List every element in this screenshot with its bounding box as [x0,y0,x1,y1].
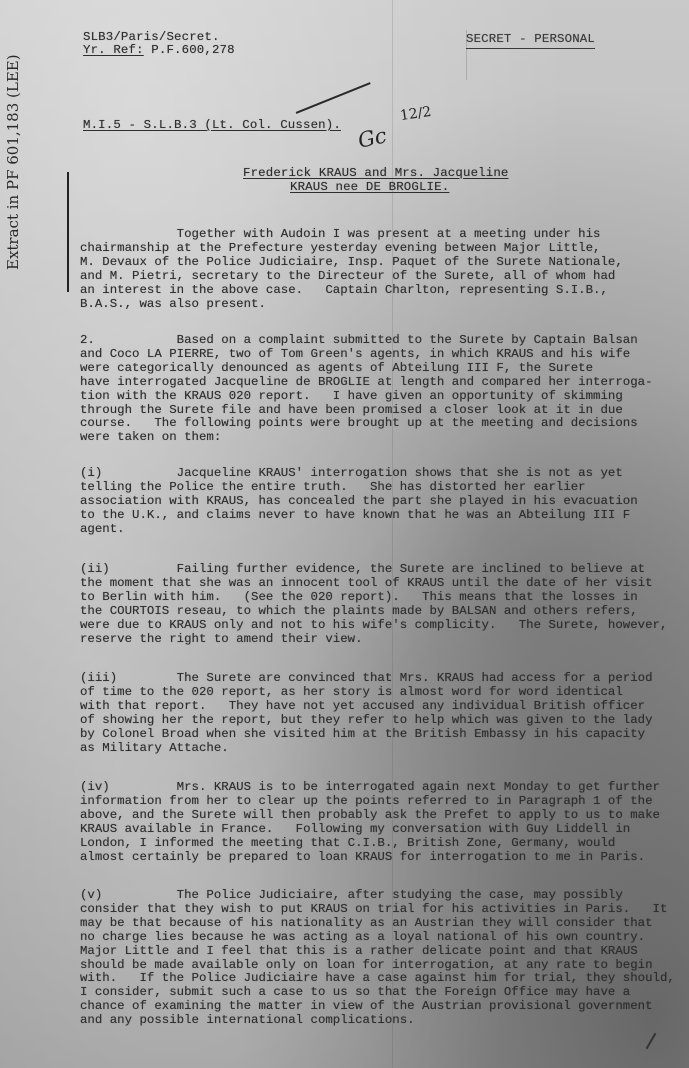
text-line: B.A.S., was also present. [80,298,623,312]
subject-line-1: Frederick KRAUS and Mrs. Jacqueline [243,167,509,180]
text-line: were due to KRAUS only and not to his wi… [80,619,667,633]
paragraph-i: (i) Jacqueline KRAUS' interrogation show… [80,467,638,537]
text-line: tion with the KRAUS 020 report. I have g… [80,390,653,404]
text-line: chance of examining the matter in view o… [80,1000,675,1014]
paragraph-intro: Together with Audoin I was present at a … [80,228,623,311]
text-line: Together with Audoin I was present at a … [80,228,623,242]
text-line: by Colonel Broad when she visited him at… [80,728,653,742]
classification-stamp: SECRET - PERSONAL [466,33,595,49]
paragraph-iii: (iii) The Surete are convinced that Mrs.… [80,672,653,755]
text-line: no charge lies because he was acting as … [80,931,675,945]
text-line: KRAUS available in France. Following my … [80,823,660,837]
text-line: and any possible international complicat… [80,1014,675,1028]
text-line: M. Devaux of the Police Judiciaire, Insp… [80,256,623,270]
margin-line [67,172,69,292]
text-line: as Military Attache. [80,742,653,756]
text-line: (ii) Failing further evidence, the Suret… [80,563,667,577]
text-line: agent. [80,523,638,537]
text-line: London, I informed the meeting that C.I.… [80,837,660,851]
text-line: and Coco LA PIERRE, two of Tom Green's a… [80,348,653,362]
text-line: almost certainly be prepared to loan KRA… [80,851,660,865]
text-line: chairmanship at the Prefecture yesterday… [80,242,623,256]
your-reference-value: P.F.600,278 [144,43,235,57]
text-line: may be that because of his nationality a… [80,917,675,931]
text-line: to Berlin with him. (See the 020 report)… [80,591,667,605]
text-line: should be made available only on loan fo… [80,959,675,973]
your-reference: Yr. Ref: P.F.600,278 [83,44,235,57]
your-reference-label: Yr. Ref: [83,43,144,57]
text-line: with that report. They have not yet accu… [80,700,653,714]
text-line: telling the Police the entire truth. She… [80,481,638,495]
text-line: have interrogated Jacqueline de BROGLIE … [80,376,653,390]
text-line: Major Little and I feel that this is a r… [80,945,675,959]
text-line: were taken on them: [80,431,653,445]
margin-annotation: Extract in PF 601,183 (LEE) [4,54,22,270]
text-line: above, and the Surete will then probably… [80,809,660,823]
text-line: the moment that she was an innocent tool… [80,577,667,591]
addressee-line: M.I.5 - S.L.B.3 (Lt. Col. Cussen). [83,119,341,132]
text-line: information from her to clear up the poi… [80,795,660,809]
paragraph-v: (v) The Police Judiciaire, after studyin… [80,889,675,1028]
text-line: to the U.K., and claims never to have kn… [80,509,638,523]
paragraph-ii: (ii) Failing further evidence, the Suret… [80,563,667,646]
text-line: (iv) Mrs. KRAUS is to be interrogated ag… [80,781,660,795]
document-page: SLB3/Paris/Secret. Yr. Ref: P.F.600,278 … [0,0,689,1068]
text-line: through the Surete file and have been pr… [80,404,653,418]
text-line: (i) Jacqueline KRAUS' interrogation show… [80,467,638,481]
paragraph-2: 2. Based on a complaint submitted to the… [80,334,653,445]
paragraph-iv: (iv) Mrs. KRAUS is to be interrogated ag… [80,781,660,864]
text-line: association with KRAUS, has concealed th… [80,495,638,509]
handwritten-initials: Gc [356,123,389,152]
text-line: (v) The Police Judiciaire, after studyin… [80,889,675,903]
text-line: the COURTOIS reseau, to which the plaint… [80,605,667,619]
handwritten-strike [296,82,371,113]
text-line: course. The following points were brough… [80,417,653,431]
handwritten-fraction: 12/2 [399,106,432,122]
handwritten-tick [646,1033,657,1050]
text-line: of showing her the report, but they refe… [80,714,653,728]
text-line: were categorically denounced as agents o… [80,362,653,376]
text-line: of time to the 020 report, as her story … [80,686,653,700]
text-line: with. If the Police Judiciaire have a ca… [80,972,675,986]
text-line: (iii) The Surete are convinced that Mrs.… [80,672,653,686]
text-line: and M. Pietri, secretary to the Directeu… [80,270,623,284]
text-line: I consider, submit such a case to us so … [80,986,675,1000]
subject-line-2: KRAUS nee DE BROGLIE. [290,181,449,194]
text-line: consider that they wish to put KRAUS on … [80,903,675,917]
text-line: 2. Based on a complaint submitted to the… [80,334,653,348]
text-line: an interest in the above case. Captain C… [80,284,623,298]
text-line: reserve the right to amend their view. [80,633,667,647]
